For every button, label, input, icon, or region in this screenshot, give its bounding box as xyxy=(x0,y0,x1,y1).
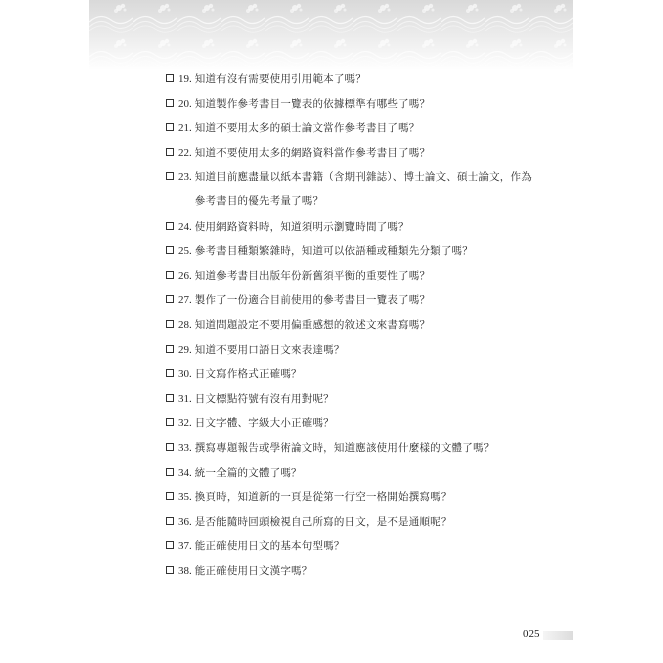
checkbox[interactable] xyxy=(166,123,174,131)
checklist-item-28: 28. 知道問題設定不要用偏重感想的敘述文來書寫嗎？ xyxy=(166,318,566,343)
checkbox[interactable] xyxy=(166,172,174,180)
item-text-continuation: 參考書目的優先考量了嗎？ xyxy=(195,194,566,208)
item-text: 能正確使用日文的基本句型嗎？ xyxy=(195,539,566,553)
item-number: 21. xyxy=(178,121,192,135)
checklist-item-34: 34. 統一全篇的文體了嗎？ xyxy=(166,466,566,491)
item-text: 知道不要使用太多的網路資料當作參考書目了嗎？ xyxy=(195,146,566,160)
self-check-list: 19. 知道有沒有需要使用引用範本了嗎？ 20. 知道製作參考書目一覽表的依據標… xyxy=(166,72,566,588)
checklist-item-38: 38. 能正確使用日文漢字嗎？ xyxy=(166,564,566,589)
checklist-item-33: 33. 撰寫專題報告或學術論文時，知道應該使用什麼樣的文體了嗎？ xyxy=(166,441,566,466)
checkbox[interactable] xyxy=(166,517,174,525)
item-number: 30. xyxy=(178,367,192,381)
item-number: 20. xyxy=(178,97,192,111)
checkbox[interactable] xyxy=(166,443,174,451)
checkbox[interactable] xyxy=(166,418,174,426)
item-text: 知道參考書目出版年份新舊須平衡的重要性了嗎？ xyxy=(195,269,566,283)
checklist-item-37: 37. 能正確使用日文的基本句型嗎？ xyxy=(166,539,566,564)
checklist-item-22: 22. 知道不要使用太多的網路資料當作參考書目了嗎？ xyxy=(166,146,566,171)
item-number: 26. xyxy=(178,269,192,283)
item-text: 使用網路資料時，知道須明示瀏覽時間了嗎？ xyxy=(195,220,566,234)
item-text: 換頁時，知道新的一頁是從第一行空一格開始撰寫嗎？ xyxy=(195,490,566,504)
item-number: 27. xyxy=(178,293,192,307)
item-number: 33. xyxy=(178,441,192,455)
item-text: 能正確使用日文漢字嗎？ xyxy=(195,564,566,578)
checkbox[interactable] xyxy=(166,492,174,500)
item-number: 34. xyxy=(178,466,192,480)
checkbox[interactable] xyxy=(166,148,174,156)
item-number: 28. xyxy=(178,318,192,332)
page-number: 025 xyxy=(523,628,540,640)
checkbox[interactable] xyxy=(166,345,174,353)
item-text: 日文標點符號有沒有用對呢？ xyxy=(195,392,566,406)
item-number: 36. xyxy=(178,515,192,529)
item-number: 22. xyxy=(178,146,192,160)
item-text: 知道問題設定不要用偏重感想的敘述文來書寫嗎？ xyxy=(195,318,566,332)
item-number: 19. xyxy=(178,72,192,86)
checkbox[interactable] xyxy=(166,295,174,303)
checklist-item-32: 32. 日文字體、字級大小正確嗎？ xyxy=(166,416,566,441)
checklist-item-30: 30. 日文寫作格式正確嗎？ xyxy=(166,367,566,392)
checkbox[interactable] xyxy=(166,566,174,574)
item-text: 製作了一份適合目前使用的參考書目一覽表了嗎？ xyxy=(195,293,566,307)
checklist-item-25: 25. 參考書目種類繁雜時，知道可以依語種或種類先分類了嗎？ xyxy=(166,244,566,269)
checkbox[interactable] xyxy=(166,99,174,107)
item-number: 31. xyxy=(178,392,192,406)
checklist-item-27: 27. 製作了一份適合目前使用的參考書目一覽表了嗎？ xyxy=(166,293,566,318)
item-number: 29. xyxy=(178,343,192,357)
checkbox[interactable] xyxy=(166,271,174,279)
item-text: 參考書目種類繁雜時，知道可以依語種或種類先分類了嗎？ xyxy=(195,244,566,258)
checklist-item-26: 26. 知道參考書目出版年份新舊須平衡的重要性了嗎？ xyxy=(166,269,566,294)
checkbox[interactable] xyxy=(166,541,174,549)
page-number-bar xyxy=(543,631,573,640)
checklist-item-36: 36. 是否能隨時回頭檢視自己所寫的日文，是不是通順呢？ xyxy=(166,515,566,540)
item-number: 35. xyxy=(178,490,192,504)
checkbox[interactable] xyxy=(166,74,174,82)
item-text: 日文字體、字級大小正確嗎？ xyxy=(195,416,566,430)
checklist-item-29: 29. 知道不要用口語日文來表達嗎？ xyxy=(166,343,566,368)
item-number: 24. xyxy=(178,220,192,234)
checklist-item-35: 35. 換頁時，知道新的一頁是從第一行空一格開始撰寫嗎？ xyxy=(166,490,566,515)
checklist-item-23: 23. 知道目前應盡量以紙本書籍（含期刊雜誌）、博士論文、碩士論文，作為 參考書… xyxy=(166,170,566,219)
checkbox[interactable] xyxy=(166,222,174,230)
item-text: 是否能隨時回頭檢視自己所寫的日文，是不是通順呢？ xyxy=(195,515,566,529)
checklist-item-19: 19. 知道有沒有需要使用引用範本了嗎？ xyxy=(166,72,566,97)
item-text: 知道目前應盡量以紙本書籍（含期刊雜誌）、博士論文、碩士論文，作為 參考書目的優先… xyxy=(195,170,566,208)
item-text: 知道不要用太多的碩士論文當作參考書目了嗎？ xyxy=(195,121,566,135)
item-text: 統一全篇的文體了嗎？ xyxy=(195,466,566,480)
item-number: 38. xyxy=(178,564,192,578)
header-wave-decoration xyxy=(89,0,573,70)
item-number: 25. xyxy=(178,244,192,258)
item-number: 32. xyxy=(178,416,192,430)
checklist-item-24: 24. 使用網路資料時，知道須明示瀏覽時間了嗎？ xyxy=(166,220,566,245)
checkbox[interactable] xyxy=(166,320,174,328)
checkbox[interactable] xyxy=(166,394,174,402)
item-text: 日文寫作格式正確嗎？ xyxy=(195,367,566,381)
item-number: 37. xyxy=(178,539,192,553)
checklist-item-31: 31. 日文標點符號有沒有用對呢？ xyxy=(166,392,566,417)
checkbox[interactable] xyxy=(166,246,174,254)
item-text: 知道有沒有需要使用引用範本了嗎？ xyxy=(195,72,566,86)
item-text: 知道不要用口語日文來表達嗎？ xyxy=(195,343,566,357)
checkbox[interactable] xyxy=(166,468,174,476)
checklist-item-21: 21. 知道不要用太多的碩士論文當作參考書目了嗎？ xyxy=(166,121,566,146)
item-text: 知道製作參考書目一覽表的依據標準有哪些了嗎？ xyxy=(195,97,566,111)
wave-pattern-icon xyxy=(89,0,573,70)
checklist-item-20: 20. 知道製作參考書目一覽表的依據標準有哪些了嗎？ xyxy=(166,97,566,122)
item-number: 23. xyxy=(178,170,192,184)
item-text: 撰寫專題報告或學術論文時，知道應該使用什麼樣的文體了嗎？ xyxy=(195,441,566,455)
checkbox[interactable] xyxy=(166,369,174,377)
